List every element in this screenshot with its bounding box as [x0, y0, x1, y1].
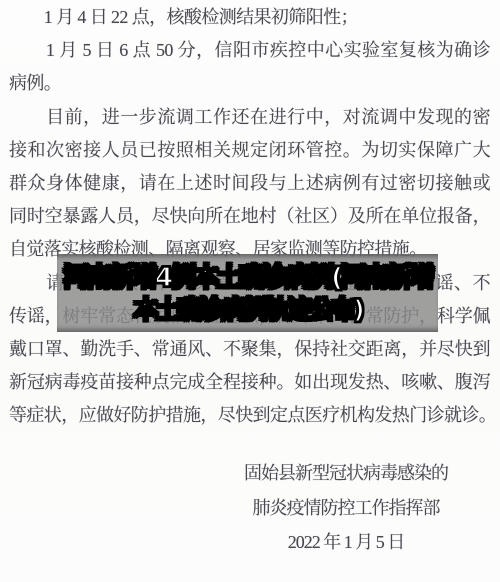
notice-line: 1 月 4 日 22 点，核酸检测结果初筛阳性； — [9, 1, 490, 34]
signature-org-line1: 固始县新型冠状病毒感染的 — [232, 456, 460, 491]
signature-block: 固始县新型冠状病毒感染的 肺炎疫情防控工作指挥部 2022 年 1 月 5 日 — [232, 456, 460, 560]
headline-line2: 本土确诊病例轨迹公布) — [133, 295, 361, 325]
notice-line: 戴口罩、勤洗手、常通风、不聚集，保持社交距离，并尽快到 — [9, 333, 490, 366]
notice-line: 群众身体健康，请在上述时间段与上述病例有过密切接触或 — [9, 167, 490, 200]
signature-date: 2022 年 1 月 5 日 — [232, 525, 460, 560]
notice-body: 1 月 4 日 22 点，核酸检测结果初筛阳性； 1 月 5 日 6 点 50 … — [9, 1, 490, 432]
notice-line: 同时空暴露人员，尽快向所在地村（社区）及所在单位报备， — [9, 200, 490, 233]
notice-line: 1 月 5 日 6 点 50 分，信阳市疾控中心实验室复核为确诊 — [9, 34, 490, 67]
notice-line: 病例。 — [9, 67, 490, 100]
headline-overlay-banner: 河南新增4例本土确诊病例(河南新增 本土确诊病例轨迹公布) — [57, 254, 438, 332]
signature-org-line2: 肺炎疫情防控工作指挥部 — [232, 491, 460, 526]
notice-line: 目前，进一步流调工作还在进行中，对流调中发现的密 — [9, 101, 490, 134]
notice-line: 接和次密接人员已按照相关规定闭环管控。为切实保障广大 — [9, 134, 490, 167]
headline-line1: 河南新增4例本土确诊病例(河南新增 — [63, 261, 432, 295]
notice-line: 等症状，应做好防护措施，尽快到定点医疗机构发热门诊就诊。 — [9, 399, 490, 432]
notice-line: 新冠病毒疫苗接种点完成全程接种。如出现发热、咳嗽、腹泻 — [9, 366, 490, 399]
document-page: 1 月 4 日 22 点，核酸检测结果初筛阳性； 1 月 5 日 6 点 50 … — [0, 0, 500, 582]
